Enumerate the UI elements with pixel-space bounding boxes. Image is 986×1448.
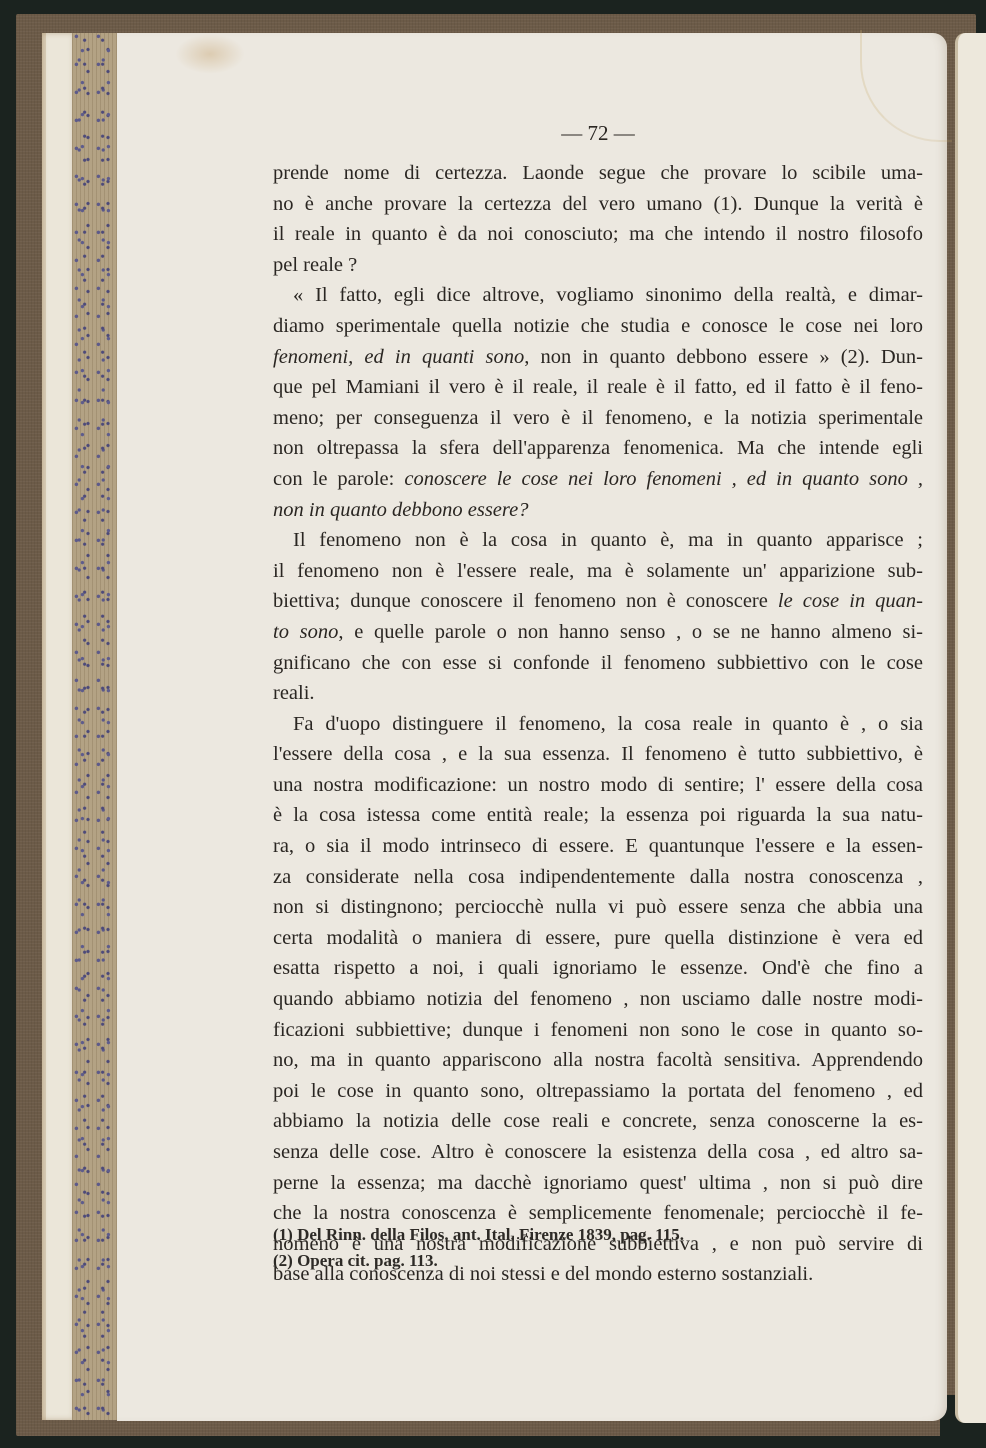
text-segment: Fa d'uopo distinguere il fenomeno, la co…	[293, 713, 923, 735]
italic-segment: to sono	[273, 621, 338, 643]
text-line: Il fenomeno non è la cosa in quanto è, m…	[273, 525, 923, 556]
text-line: fenomeni, ed in quanti sono, non in quan…	[273, 342, 923, 373]
next-page-edge	[955, 33, 986, 1423]
text-line: biettiva; dunque conoscere il fenomeno n…	[273, 586, 923, 617]
page-edge-cream	[42, 33, 74, 1420]
text-line: reali.	[273, 678, 923, 709]
text-segment: abbiamo la notizia delle cose reali e co…	[273, 1110, 923, 1132]
text-segment: prende nome di certezza. Laonde segue ch…	[273, 162, 923, 184]
text-segment: diamo sperimentale quella notizie che st…	[273, 315, 923, 337]
text-line: meno; per conseguenza il vero è il fenom…	[273, 403, 923, 434]
text-line: diamo sperimentale quella notizie che st…	[273, 311, 923, 342]
text-segment: che la nostra conoscenza è semplicemente…	[273, 1202, 923, 1224]
italic-segment: le cose in quan-	[778, 590, 923, 612]
text-segment: poi le cose in quanto sono, oltrepassiam…	[273, 1080, 923, 1102]
text-segment: ra, o sia il modo intrinseco di essere. …	[273, 835, 923, 857]
text-line: « Il fatto, egli dice altrove, vogliamo …	[273, 280, 923, 311]
text-line: è la cosa istessa come entità reale; la …	[273, 800, 923, 831]
body-text: prende nome di certezza. Laonde segue ch…	[273, 158, 923, 1290]
text-line: poi le cose in quanto sono, oltrepassiam…	[273, 1076, 923, 1107]
italic-segment: non in quanto debbono essere?	[273, 499, 528, 521]
text-line: non in quanto debbono essere?	[273, 495, 923, 526]
footnote-2: (2) Opera cit. pag. 113.	[273, 1248, 923, 1274]
italic-segment: fenomeni, ed in quanti sono	[273, 346, 524, 368]
text-segment: una nostra modificazione: un nostro modo…	[273, 774, 923, 796]
text-line: ra, o sia il modo intrinseco di essere. …	[273, 831, 923, 862]
text-segment: no, ma in quanto appariscono alla nostra…	[273, 1049, 923, 1071]
text-line: esatta rispetto a noi, i quali ignoriamo…	[273, 953, 923, 984]
footnote-1: (1) Del Rinn. della Filos. ant. Ital. Fi…	[273, 1222, 923, 1248]
text-line: to sono, e quelle parole o non hanno sen…	[273, 617, 923, 648]
text-line: no, ma in quanto appariscono alla nostra…	[273, 1045, 923, 1076]
text-line: il reale in quanto è da noi conosciuto; …	[273, 219, 923, 250]
text-segment: è la cosa istessa come entità reale; la …	[273, 804, 923, 826]
text-segment: no è anche provare la certezza del vero …	[273, 193, 923, 215]
text-segment: esatta rispetto a noi, i quali ignoriamo…	[273, 957, 923, 979]
text-line: non si distingnono; perciocchè nulla vi …	[273, 892, 923, 923]
text-segment: con le parole:	[273, 468, 404, 490]
text-line: senza delle cose. Altro è conoscere la e…	[273, 1137, 923, 1168]
text-segment: il fenomeno non è l'essere reale, ma è s…	[273, 560, 923, 582]
page-number: — 72 —	[273, 118, 923, 149]
text-line: il fenomeno non è l'essere reale, ma è s…	[273, 556, 923, 587]
text-segment: non si distingnono; perciocchè nulla vi …	[273, 896, 923, 918]
text-line: non oltrepassa la sfera dell'apparenza f…	[273, 433, 923, 464]
text-line: ficazioni subbiettive; dunque i fenomeni…	[273, 1015, 923, 1046]
text-segment: perne la essenza; ma dacchè ignoriamo qu…	[273, 1172, 923, 1194]
text-segment: reali.	[273, 682, 315, 704]
text-segment: senza delle cose. Altro è conoscere la e…	[273, 1141, 923, 1163]
text-segment: que pel Mamiani il vero è il reale, il r…	[273, 376, 923, 398]
text-segment: certa modalità o maniera di essere, pure…	[273, 927, 923, 949]
text-segment: za considerate nella cosa indipendenteme…	[273, 866, 923, 888]
text-segment: , non in quanto debbono essere » (2). Du…	[524, 346, 923, 368]
text-line: quando abbiamo notizia del fenomeno , no…	[273, 984, 923, 1015]
text-line: pel reale ?	[273, 250, 923, 281]
text-line: una nostra modificazione: un nostro modo…	[273, 770, 923, 801]
text-line: certa modalità o maniera di essere, pure…	[273, 923, 923, 954]
text-segment: meno; per conseguenza il vero è il fenom…	[273, 407, 923, 429]
text-line: que pel Mamiani il vero è il reale, il r…	[273, 372, 923, 403]
foxing-stain	[175, 34, 245, 74]
text-segment: « Il fatto, egli dice altrove, vogliamo …	[293, 284, 923, 306]
page-edge-speckled	[72, 33, 118, 1420]
text-line: abbiamo la notizia delle cose reali e co…	[273, 1106, 923, 1137]
text-line: no è anche provare la certezza del vero …	[273, 189, 923, 220]
text-line: l'essere della cosa , e la sua essenza. …	[273, 739, 923, 770]
text-line: perne la essenza; ma dacchè ignoriamo qu…	[273, 1168, 923, 1199]
text-segment: gnificano che con esse si confonde il fe…	[273, 652, 923, 674]
text-line: za considerate nella cosa indipendenteme…	[273, 862, 923, 893]
italic-segment: conoscere le cose nei loro fenomeni , ed…	[404, 468, 923, 490]
text-segment: pel reale ?	[273, 254, 357, 276]
text-segment: quando abbiamo notizia del fenomeno , no…	[273, 988, 923, 1010]
text-line: con le parole: conoscere le cose nei lor…	[273, 464, 923, 495]
text-line: prende nome di certezza. Laonde segue ch…	[273, 158, 923, 189]
footnotes: (1) Del Rinn. della Filos. ant. Ital. Fi…	[273, 1222, 923, 1274]
text-line: Fa d'uopo distinguere il fenomeno, la co…	[273, 709, 923, 740]
text-segment: Il fenomeno non è la cosa in quanto è, m…	[293, 529, 923, 551]
text-line: gnificano che con esse si confonde il fe…	[273, 648, 923, 679]
text-segment: , e quelle parole o non hanno senso , o …	[338, 621, 923, 643]
text-segment: non oltrepassa la sfera dell'apparenza f…	[273, 437, 923, 459]
text-segment: biettiva; dunque conoscere il fenomeno n…	[273, 590, 778, 612]
text-segment: ficazioni subbiettive; dunque i fenomeni…	[273, 1019, 923, 1041]
text-segment: il reale in quanto è da noi conosciuto; …	[273, 223, 923, 245]
text-segment: l'essere della cosa , e la sua essenza. …	[273, 743, 923, 765]
